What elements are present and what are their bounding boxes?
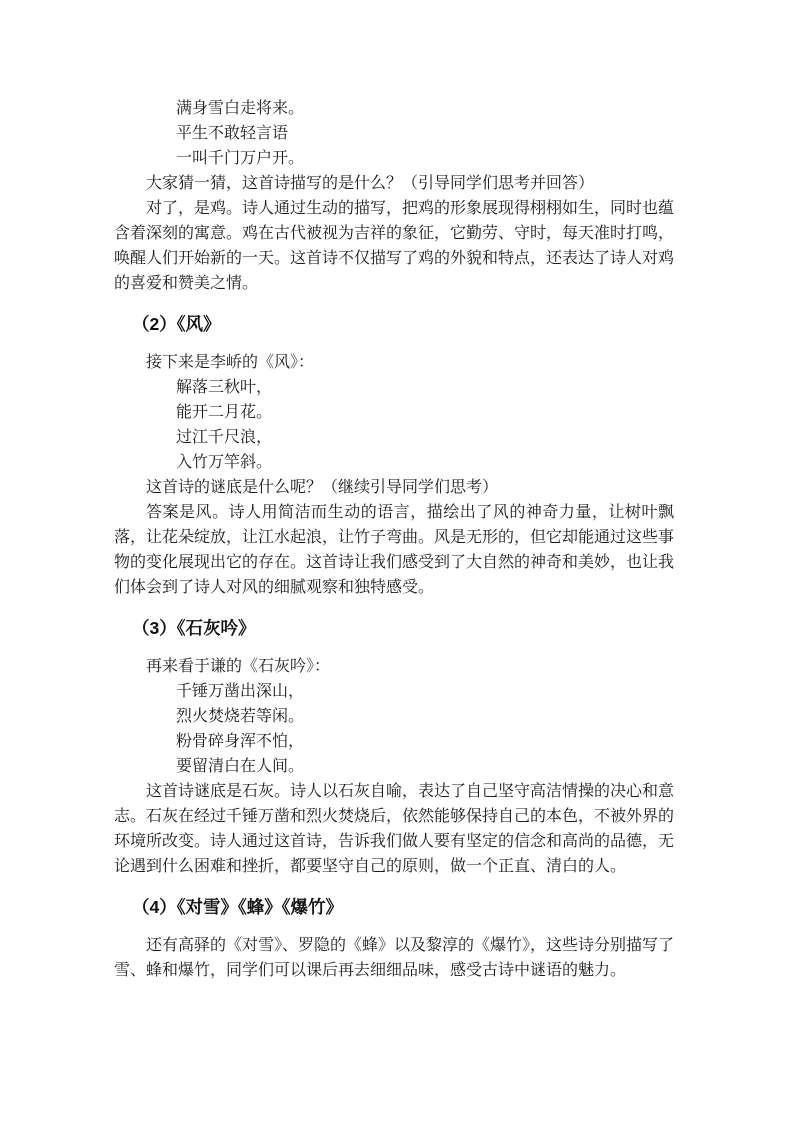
poem-line: 满身雪白走将来。: [114, 96, 674, 121]
section-heading: （4）《对雪》《蜂》《爆竹》: [114, 893, 674, 921]
poem-line: 能开二月花。: [114, 400, 674, 425]
paragraph: 大家猜一猜，这首诗描写的是什么？（引导同学们思考并回答）: [114, 171, 674, 196]
poem-line: 入竹万竿斜。: [114, 450, 674, 475]
poem-line: 平生不敢轻言语: [114, 121, 674, 146]
paragraph: 对了，是鸡。诗人通过生动的描写，把鸡的形象展现得栩栩如生，同时也蕴含着深刻的寓意…: [114, 196, 674, 296]
paragraph: 这首诗的谜底是什么呢？（继续引导同学们思考）: [114, 475, 674, 500]
poem-line: 一叫千门万户开。: [114, 146, 674, 171]
paragraph: 答案是风。诗人用简洁而生动的语言，描绘出了风的神奇力量，让树叶飘落，让花朵绽放，…: [114, 500, 674, 600]
document-body: 满身雪白走将来。 平生不敢轻言语 一叫千门万户开。 大家猜一猜，这首诗描写的是什…: [114, 96, 674, 983]
poem-line: 烈火焚烧若等闲。: [114, 704, 674, 729]
poem-line: 过江千尺浪，: [114, 425, 674, 450]
document-page: 满身雪白走将来。 平生不敢轻言语 一叫千门万户开。 大家猜一猜，这首诗描写的是什…: [0, 0, 793, 1122]
poem-line: 千锤万凿出深山，: [114, 679, 674, 704]
poem-line: 解落三秋叶，: [114, 375, 674, 400]
poem-line: 粉骨碎身浑不怕，: [114, 729, 674, 754]
paragraph: 接下来是李峤的《风》：: [114, 350, 674, 375]
paragraph: 还有高驿的《对雪》、罗隐的《蜂》以及黎淳的《爆竹》，这些诗分别描写了雪、蜂和爆竹…: [114, 933, 674, 983]
poem-line: 要留清白在人间。: [114, 754, 674, 779]
paragraph: 这首诗谜底是石灰。诗人以石灰自喻，表达了自己坚守高洁情操的决心和意志。石灰在经过…: [114, 779, 674, 879]
section-heading: （3）《石灰吟》: [114, 614, 674, 642]
paragraph: 再来看于谦的《石灰吟》：: [114, 654, 674, 679]
section-heading: （2）《风》: [114, 310, 674, 338]
